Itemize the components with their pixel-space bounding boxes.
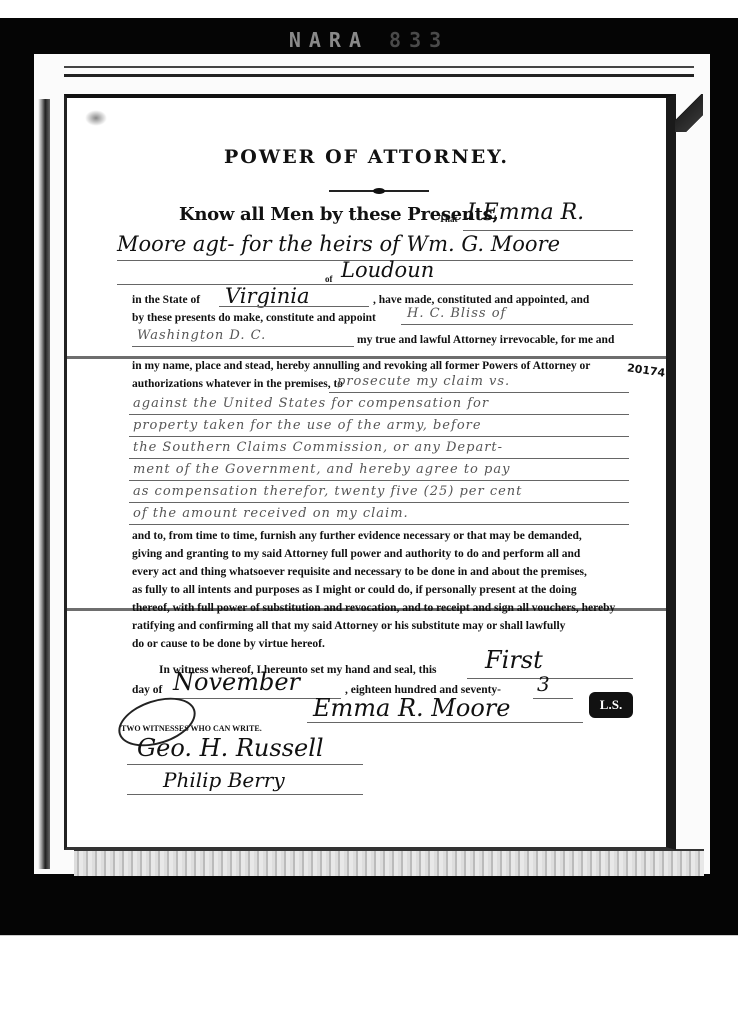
witness-line bbox=[127, 794, 363, 795]
purpose-line: the Southern Claims Commission, or any D… bbox=[133, 440, 503, 455]
locus-sigilli-seal: L.S. bbox=[589, 692, 633, 718]
bottom-margin bbox=[0, 935, 738, 1023]
boilerplate-line: do or cause to be done by virtue hereof. bbox=[132, 638, 325, 650]
appoint-text: by these presents do make, constitute an… bbox=[132, 312, 376, 324]
witnesses-label: TWO WITNESSES WHO CAN WRITE. bbox=[121, 724, 262, 733]
blank-line bbox=[219, 306, 369, 307]
boilerplate-line: as fully to all intents and purposes as … bbox=[132, 584, 577, 596]
boilerplate-line: ratifying and confirming all that my sai… bbox=[132, 620, 565, 632]
of-label: of bbox=[325, 274, 333, 284]
blank-line bbox=[533, 698, 573, 699]
boilerplate-line: giving and granting to my said Attorney … bbox=[132, 548, 580, 560]
document-title: POWER OF ATTORNEY. bbox=[67, 146, 666, 168]
archive-frame-number: 833 bbox=[389, 28, 449, 52]
blank-line bbox=[401, 324, 633, 325]
attorney-city: Washington D. C. bbox=[137, 328, 266, 343]
witness-1-signature: Geo. H. Russell bbox=[137, 734, 324, 762]
blank-line bbox=[463, 230, 633, 231]
blank-line bbox=[117, 284, 633, 285]
county-value: Loudoun bbox=[341, 258, 434, 282]
month-value: November bbox=[173, 668, 300, 696]
purpose-line: property taken for the use of the army, … bbox=[133, 418, 482, 433]
grantor-capacity: Moore agt- for the heirs of Wm. G. Moore bbox=[117, 232, 560, 256]
attorney-suffix: my true and lawful Attorney irrevocable,… bbox=[357, 334, 614, 346]
purpose-line: prosecute my claim vs. bbox=[337, 374, 510, 389]
title-ornament bbox=[329, 190, 429, 192]
purpose-line: against the United States for compensati… bbox=[133, 396, 489, 411]
mount-bottom-band bbox=[74, 849, 704, 876]
signature-line bbox=[307, 722, 583, 723]
blank-line bbox=[329, 392, 629, 393]
year-value: 3 bbox=[537, 672, 550, 696]
mount-left-shadow bbox=[38, 99, 50, 869]
state-label: in the State of bbox=[132, 294, 200, 306]
purpose-line: as compensation therefor, twenty five (2… bbox=[133, 484, 522, 499]
blank-line bbox=[129, 502, 629, 503]
fold-crease bbox=[67, 356, 666, 359]
corner-fold bbox=[675, 94, 703, 132]
grantor-signature: Emma R. Moore bbox=[313, 694, 510, 722]
blank-line bbox=[129, 458, 629, 459]
blank-line bbox=[129, 436, 629, 437]
mount-edge-line bbox=[64, 74, 694, 77]
ink-smudge bbox=[85, 110, 107, 126]
margin-claim-number: 20174 bbox=[626, 361, 666, 379]
blank-line bbox=[129, 480, 629, 481]
purpose-line: of the amount received on my claim. bbox=[133, 506, 409, 521]
name-place-line: in my name, place and stead, hereby annu… bbox=[132, 360, 590, 372]
day-value: First bbox=[485, 646, 543, 674]
mount-edge-line bbox=[64, 66, 694, 68]
top-margin bbox=[0, 0, 738, 18]
blank-line bbox=[129, 524, 629, 525]
power-of-attorney-sheet: POWER OF ATTORNEY. Know all Men by these… bbox=[64, 94, 676, 850]
authorizations-line: authorizations whatever in the premises,… bbox=[132, 378, 343, 390]
blank-line bbox=[132, 346, 354, 347]
that-label: That bbox=[439, 214, 458, 224]
boilerplate-line: and to, from time to time, furnish any f… bbox=[132, 530, 582, 542]
day-of-label: day of bbox=[132, 684, 162, 696]
witness-2-signature: Philip Berry bbox=[163, 768, 285, 792]
blank-line bbox=[129, 414, 629, 415]
attorney-name: H. C. Bliss of bbox=[407, 306, 506, 321]
archive-name: NARA bbox=[289, 28, 369, 52]
witness-line bbox=[127, 764, 363, 765]
state-suffix: , have made, constituted and appointed, … bbox=[373, 294, 589, 306]
boilerplate-line: thereof, with full power of substitution… bbox=[132, 602, 615, 614]
grantor-name: I Emma R. bbox=[467, 200, 584, 225]
blank-line bbox=[467, 678, 633, 679]
boilerplate-line: every act and thing whatsoever requisite… bbox=[132, 566, 587, 578]
state-value: Virginia bbox=[225, 284, 309, 308]
purpose-line: ment of the Government, and hereby agree… bbox=[133, 462, 510, 477]
archive-label: NARA 833 bbox=[0, 28, 738, 52]
